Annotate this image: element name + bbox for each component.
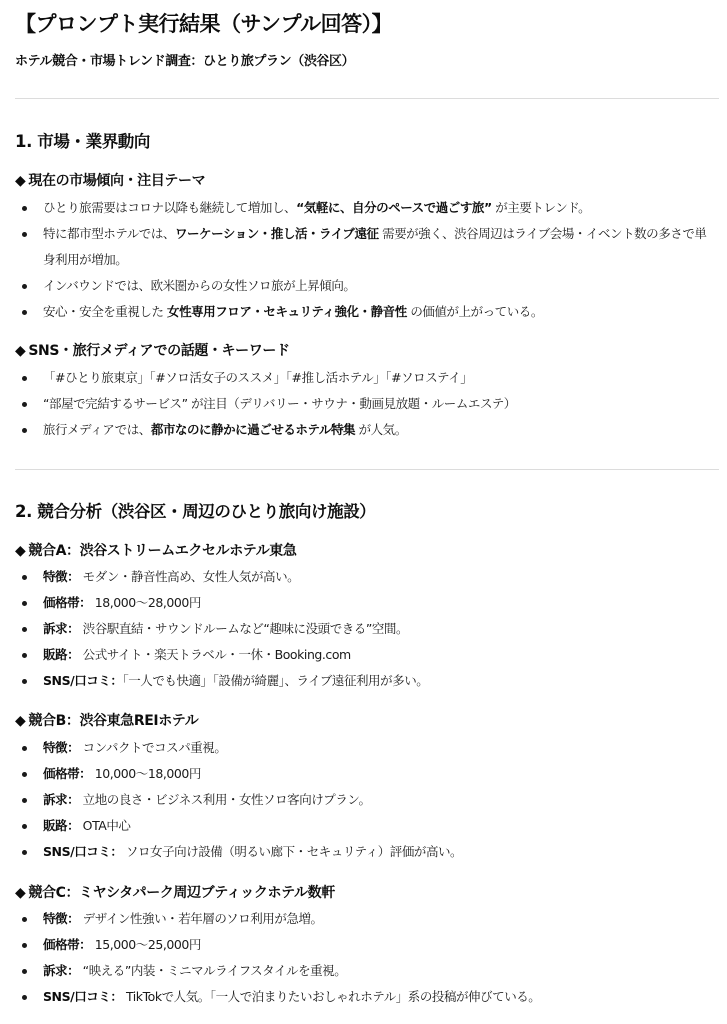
list-item: 販路： OTA中心: [15, 813, 715, 839]
bullet-icon: [22, 402, 27, 407]
bullet-icon: [22, 969, 27, 974]
section-heading-market-trends: 1. 市場・業界動向: [15, 128, 150, 152]
bullet-icon: [22, 206, 27, 211]
competitor-b-list: 特徴： コンパクトでコスパ重視。 価格帯： 10,000〜18,000円 訴求：…: [15, 735, 715, 865]
list-item: 特徴： モダン・静音性高め、女性人気が高い。: [15, 564, 715, 590]
subsection-heading-label: 現在の市場傾向・注目テーマ: [28, 173, 205, 189]
list-item: 価格帯： 10,000〜18,000円: [15, 761, 715, 787]
subsection-heading-sns-keywords: ◆SNS・旅行メディアでの話題・キーワード: [15, 340, 290, 360]
list-item: 訴求： 立地の良さ・ビジネス利用・女性ソロ客向けプラン。: [15, 787, 715, 813]
bullet-icon: [22, 917, 27, 922]
bullet-icon: [22, 284, 27, 289]
competitor-c-list: 特徴： デザイン性強い・若年層のソロ利用が急増。 価格帯： 15,000〜25,…: [15, 906, 715, 1010]
competitor-a-heading: ◆競合A：渋谷ストリームエクセルホテル東急: [15, 540, 297, 560]
list-item: 販路： 公式サイト・楽天トラベル・一休・Booking.com: [15, 642, 715, 668]
list-item: SNS/口コミ： ソロ女子向け設備（明るい廊下・セキュリティ）評価が高い。: [15, 839, 715, 865]
bullet-icon: [22, 428, 27, 433]
list-item: SNS/口コミ： TikTokで人気。「一人で泊まりたいおしゃれホテル」系の投稿…: [15, 984, 715, 1010]
list-item: ひとり旅需要はコロナ以降も継続して増加し、“気軽に、自分のペースで過ごす旅” が…: [15, 195, 715, 221]
diamond-icon: ◆: [15, 343, 25, 359]
bullet-icon: [22, 376, 27, 381]
bullet-icon: [22, 850, 27, 855]
list-item: 特徴： デザイン性強い・若年層のソロ利用が急増。: [15, 906, 715, 932]
bullet-icon: [22, 601, 27, 606]
bullet-icon: [22, 575, 27, 580]
bullet-icon: [22, 772, 27, 777]
bullet-icon: [22, 798, 27, 803]
list-item: SNS/口コミ：「一人でも快適」「設備が綺麗」、ライブ遠征利用が多い。: [15, 668, 715, 694]
diamond-icon: ◆: [15, 543, 25, 559]
divider: [15, 469, 719, 470]
document-title: 【プロンプト実行結果（サンプル回答）】: [15, 8, 392, 38]
section-heading-competitor-analysis: 2. 競合分析（渋谷区・周辺のひとり旅向け施設）: [15, 498, 375, 522]
bullet-icon: [22, 943, 27, 948]
list-item: 特に都市型ホテルでは、ワーケーション・推し活・ライブ遠征 需要が強く、渋谷周辺は…: [15, 221, 715, 273]
bullet-icon: [22, 232, 27, 237]
list-item: 訴求： 渋谷駅直結・サウンドルームなど“趣味に没頭できる”空間。: [15, 616, 715, 642]
list-item: 価格帯： 18,000〜28,000円: [15, 590, 715, 616]
list-item: 「#ひとり旅東京」「#ソロ活女子のススメ」「#推し活ホテル」「#ソロステイ」: [15, 365, 715, 391]
list-item: “部屋で完結するサービス” が注目（デリバリー・サウナ・動画見放題・ルームエステ…: [15, 391, 715, 417]
bullet-icon: [22, 653, 27, 658]
competitor-c-heading: ◆競合C：ミヤシタパーク周辺ブティックホテル数軒: [15, 882, 335, 902]
document-subtitle: ホテル競合・市場トレンド調査：ひとり旅プラン（渋谷区）: [15, 50, 354, 69]
list-item: インバウンドでは、欧米圏からの女性ソロ旅が上昇傾向。: [15, 273, 715, 299]
bullet-icon: [22, 679, 27, 684]
bullet-icon: [22, 824, 27, 829]
list-item: 訴求： “映える”内装・ミニマルライフスタイルを重視。: [15, 958, 715, 984]
current-trends-list: ひとり旅需要はコロナ以降も継続して増加し、“気軽に、自分のペースで過ごす旅” が…: [15, 195, 715, 325]
diamond-icon: ◆: [15, 885, 25, 901]
diamond-icon: ◆: [15, 713, 25, 729]
list-item: 旅行メディアでは、都市なのに静かに過ごせるホテル特集 が人気。: [15, 417, 715, 443]
competitor-name: 競合A：渋谷ストリームエクセルホテル東急: [28, 543, 296, 559]
competitor-b-heading: ◆競合B：渋谷東急REIホテル: [15, 710, 198, 730]
bullet-icon: [22, 310, 27, 315]
subsection-heading-current-trends: ◆現在の市場傾向・注目テーマ: [15, 170, 205, 190]
list-item: 特徴： コンパクトでコスパ重視。: [15, 735, 715, 761]
competitor-name: 競合C：ミヤシタパーク周辺ブティックホテル数軒: [28, 885, 334, 901]
list-item: 安心・安全を重視した 女性専用フロア・セキュリティ強化・静音性 の価値が上がって…: [15, 299, 715, 325]
competitor-name: 競合B：渋谷東急REIホテル: [28, 713, 198, 729]
bullet-icon: [22, 995, 27, 1000]
divider: [15, 98, 719, 99]
bullet-icon: [22, 746, 27, 751]
competitor-a-list: 特徴： モダン・静音性高め、女性人気が高い。 価格帯： 18,000〜28,00…: [15, 564, 715, 694]
subsection-heading-label: SNS・旅行メディアでの話題・キーワード: [28, 343, 289, 359]
list-item: 価格帯： 15,000〜25,000円: [15, 932, 715, 958]
bullet-icon: [22, 627, 27, 632]
sns-keywords-list: 「#ひとり旅東京」「#ソロ活女子のススメ」「#推し活ホテル」「#ソロステイ」 “…: [15, 365, 715, 443]
diamond-icon: ◆: [15, 173, 25, 189]
